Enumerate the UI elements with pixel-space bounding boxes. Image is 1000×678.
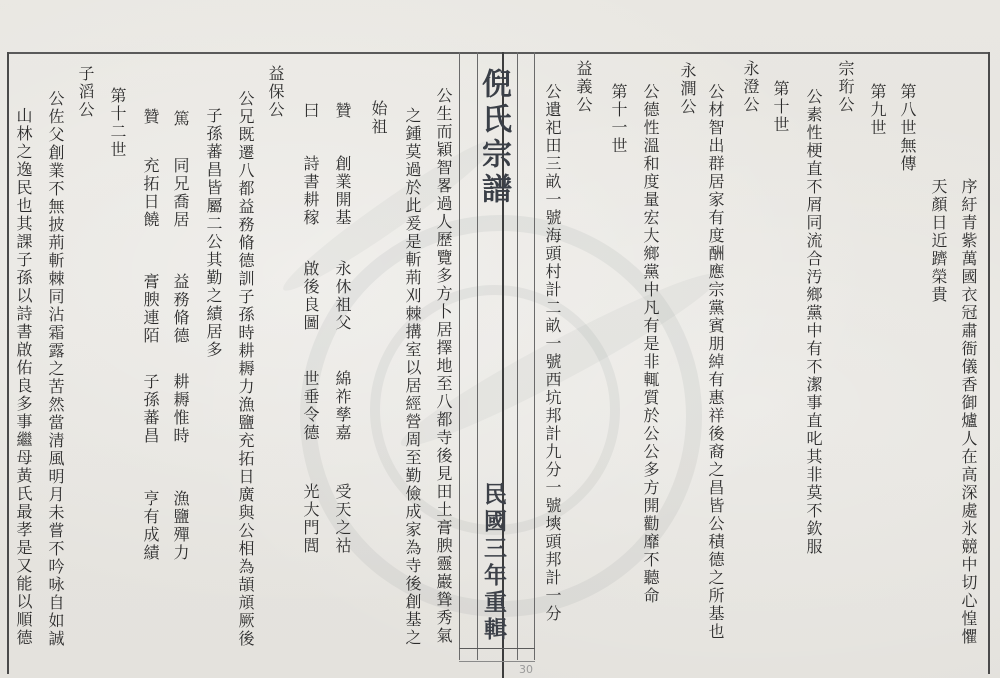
eulogy-verse: 綿祚孳嘉 (333, 370, 351, 442)
eulogy-verse: 益務脩德 (171, 273, 189, 345)
eulogy-verse: 世垂令德 (301, 370, 319, 442)
ancestor-name: 益保公 (266, 65, 284, 119)
generation-heading: 第八世無傳 (898, 83, 916, 173)
biography-column: 子孫蕃昌皆屬二公其勤之績居多 (204, 107, 222, 359)
eulogy-verse: 光大門閭 (301, 483, 319, 555)
biography-column: 公佐父創業不無披荊斬棘同沾霜露之苦然當清風明月未嘗不吟咏自如誠 (46, 90, 64, 648)
spine-edition: 民國三年重輯 (480, 482, 506, 644)
biography-column: 之鍾莫過於此爰是斬荊刈棘搆室以居經營周至勤儉成家為寺後創基之 (403, 107, 421, 647)
ancestor-name: 永澄公 (741, 60, 759, 114)
text-column: 序紆青紫萬國衣冠肅衙儀香御爐人在高深處氷競中切心惶懼 (959, 178, 977, 646)
page-number: 30 (519, 663, 533, 676)
eulogy-label: 篤 (171, 110, 189, 128)
eulogy-verse: 亨有成績 (141, 490, 159, 562)
biography-column: 山林之逸民也其課子孫以詩書啟佑良多事繼母黃氏最孝是又能以順德 (14, 107, 32, 647)
ancestor-name: 宗珩公 (836, 60, 854, 114)
eulogy-verse: 膏腴連陌 (141, 273, 159, 345)
spine-rule (517, 52, 518, 660)
biography-column: 公生而穎智畧過人歷覽多方卜居擇地至八都寺後見田土膏腴靈巖聳秀氣 (434, 87, 452, 645)
biography-column: 始祖 (369, 100, 387, 136)
ancestor-name: 子滔公 (76, 65, 94, 119)
ancestor-name: 益義公 (574, 60, 592, 114)
top-border-rule (8, 52, 989, 54)
eulogy-verse: 同兄喬居 (171, 157, 189, 229)
generation-heading: 第九世 (868, 83, 886, 137)
spine-rule (534, 52, 535, 660)
spine-title: 倪氏宗譜 (476, 68, 510, 208)
eulogy-verse: 耕耨惟時 (171, 373, 189, 445)
ancestor-name: 永澗公 (678, 62, 696, 116)
spine-bottom-rule (459, 648, 535, 649)
eulogy-label: 贊 (141, 108, 159, 126)
biography-column: 公遺祀田三畝一號海頭村計二畝一號西坑邦計九分一號塽頭邦計一分 (543, 83, 561, 623)
eulogy-verse: 創業開基 (333, 155, 351, 227)
generation-heading: 第十二世 (108, 87, 126, 159)
text-column: 天顏日近躋榮貴 (929, 178, 947, 304)
eulogy-verse: 漁鹽殫力 (171, 490, 189, 562)
biography-column: 公德性溫和度量宏大鄉黨中凡有是非輒質於公公多方開勸靡不聽命 (641, 83, 659, 605)
eulogy-verse: 啟後良圖 (301, 260, 319, 332)
spine-rule (459, 52, 460, 660)
biography-column: 公素性梗直不屑同流合汚鄉黨中有不潔事直叱其非莫不欽服 (804, 88, 822, 556)
eulogy-verse: 詩書耕稼 (301, 155, 319, 227)
eulogy-label: 曰 (301, 102, 319, 120)
eulogy-verse: 充拓日饒 (141, 157, 159, 229)
left-border-rule (7, 52, 9, 674)
generation-heading: 第十一世 (609, 83, 627, 155)
generation-heading: 第十世 (771, 80, 789, 134)
spine-bottom-rule (459, 661, 535, 662)
eulogy-verse: 受天之祜 (333, 483, 351, 555)
biography-column: 公兄既遷八都益務脩德訓子孫時耕耨力漁鹽充拓日廣與公相為頡頏厥後 (236, 90, 254, 648)
eulogy-verse: 子孫蕃昌 (141, 373, 159, 445)
eulogy-label: 贊 (333, 102, 351, 120)
right-border-rule (988, 52, 990, 674)
eulogy-verse: 永休祖父 (333, 260, 351, 332)
biography-column: 公材智出群居家有度酬應宗黨賓朋綽有惠祥後裔之昌皆公積德之所基也 (706, 83, 724, 641)
